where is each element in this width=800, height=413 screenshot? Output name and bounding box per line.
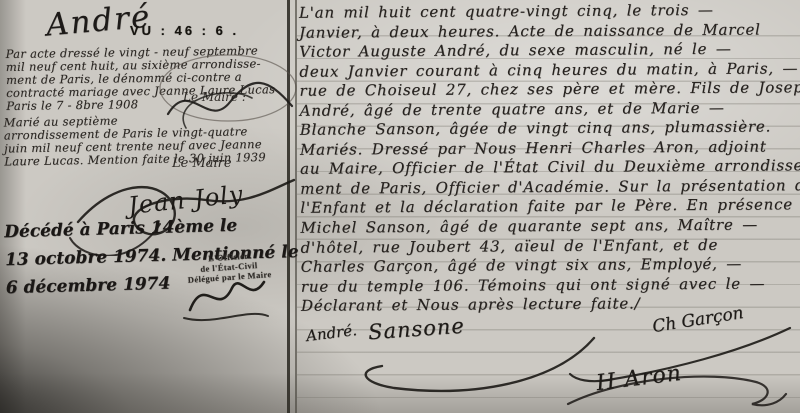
marriage-mention-1908: Par acte dressé le vingt - neuf septembr…	[6, 44, 291, 113]
vu-registry-stamp: VU : 46 : 6 .	[130, 24, 239, 38]
witness1-signature: Sansone	[367, 314, 465, 345]
marriage-mention-1939: Marié au septième arrondissement de Pari…	[4, 111, 293, 168]
mention-line: Laure Lucas. Mention faite le 30 juin 19…	[4, 150, 292, 168]
declarant-signature: André.	[305, 321, 358, 345]
act-line: Michel Sanson, âgé de quarante sept ans,…	[300, 215, 796, 238]
act-line: rue du temple 106. Témoins qui ont signé…	[301, 274, 797, 297]
le-maire-label-1939: Le Maire	[172, 156, 232, 171]
officer-signature: H Aron	[595, 361, 683, 396]
mention-date-line: Paris le 7 - 8bre 1908	[6, 96, 290, 113]
margin-divider-line-2	[295, 0, 297, 413]
le-maire-label-1908: Le Maire :	[183, 90, 246, 104]
birth-act-body: L'an mil huit cent quatre-vingt cinq, le…	[299, 0, 797, 316]
register-page-scan: André VU : 46 : 6 . Par acte dressé le v…	[0, 0, 800, 413]
